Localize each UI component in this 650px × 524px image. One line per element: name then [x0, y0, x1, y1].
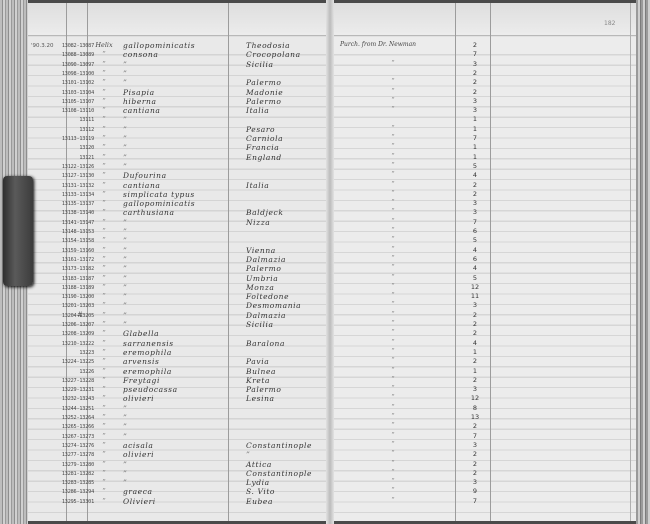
locality: Sicilia [246, 320, 274, 329]
genus: ” [93, 301, 115, 309]
species-name: Glabella [123, 329, 159, 338]
collector-source: ” [388, 199, 398, 206]
species-name: ” [123, 236, 127, 245]
locality: Theodosia [246, 41, 290, 50]
genus: ” [93, 404, 115, 412]
species-name: cantiana [123, 181, 161, 190]
genus: ” [93, 199, 115, 207]
register-numbers: 13121 [48, 155, 94, 161]
collector-source: ” [388, 190, 398, 197]
locality: Lydia [246, 478, 270, 487]
specimen-count: 1 [468, 125, 482, 133]
register-numbers: 13133-13134 [48, 192, 94, 198]
genus: ” [93, 283, 115, 291]
register-numbers: 13188-13189 [48, 285, 94, 291]
collector-source: ” [388, 78, 398, 85]
genus: ” [93, 88, 115, 96]
collector-source: ” [388, 460, 398, 467]
register-numbers: 13206-13207 [48, 322, 94, 328]
collector-source: Purch. from Dr. Newman [340, 41, 460, 48]
register-numbers: 13224-13225 [48, 359, 94, 365]
species-name: pseudocassa [123, 385, 178, 394]
species-name: Pisapia [123, 88, 155, 97]
species-name: ” [123, 246, 127, 255]
collector-source: ” [388, 497, 398, 504]
specimen-count: 3 [468, 441, 482, 449]
register-numbers: 13277-13278 [48, 452, 94, 458]
locality: S. Vito [246, 487, 275, 496]
specimen-count: 12 [468, 394, 482, 402]
species-name: ” [123, 301, 127, 310]
specimen-count: 2 [468, 41, 482, 49]
species-name: ” [123, 60, 127, 69]
species-name: olivieri [123, 450, 154, 459]
locality: Sicilia [246, 60, 274, 69]
genus: ” [93, 422, 115, 430]
genus: ” [93, 450, 115, 458]
specimen-count: 2 [468, 329, 482, 337]
register-numbers: 13120 [48, 145, 94, 151]
register-numbers: 13108-13110 [48, 108, 94, 114]
genus: ” [93, 264, 115, 272]
locality: Italia [246, 106, 269, 115]
collector-source: ” [388, 292, 398, 299]
register-numbers: 13103-13104 [48, 90, 94, 96]
species-name: cantiana [123, 106, 161, 115]
collector-source: ” [388, 143, 398, 150]
specimen-count: 2 [468, 320, 482, 328]
register-numbers: 13190-13200 [48, 294, 94, 300]
species-name: Olivieri [123, 497, 156, 506]
specimen-count: 7 [468, 134, 482, 142]
collector-source: ” [388, 422, 398, 429]
register-numbers: 13138-13140 [48, 210, 94, 216]
specimen-count: 13 [468, 413, 482, 421]
specimen-count: 11 [468, 292, 482, 300]
collector-source: ” [388, 487, 398, 494]
collector-source: ” [388, 376, 398, 383]
species-name: ” [123, 255, 127, 264]
collector-source: ” [388, 153, 398, 160]
specimen-count: 6 [468, 227, 482, 235]
species-name: sarranensis [123, 339, 174, 348]
ledger-book: 182 '90.3.2013082-13087Helixgallopominic… [0, 0, 650, 524]
genus: ” [93, 497, 115, 505]
specimen-count: 3 [468, 60, 482, 68]
locality: Baldjeck [246, 208, 284, 217]
register-numbers: 13161-13172 [48, 257, 94, 263]
species-name: ” [123, 264, 127, 273]
collector-source: ” [388, 320, 398, 327]
collector-source: ” [388, 432, 398, 439]
genus: ” [93, 246, 115, 254]
species-name: ” [123, 78, 127, 87]
genus: Helix [93, 41, 115, 49]
specimen-count: 2 [468, 311, 482, 319]
collector-source: ” [388, 441, 398, 448]
genus: ” [93, 487, 115, 495]
collector-source: ” [388, 329, 398, 336]
specimen-count: 4 [468, 264, 482, 272]
locality: Dalmazia [246, 255, 286, 264]
register-numbers: 13210-13222 [48, 341, 94, 347]
species-name: arvensis [123, 357, 159, 366]
register-numbers: 13112 [48, 127, 94, 133]
locality: Bulnea [246, 367, 276, 376]
register-numbers: 13088-13089 [48, 52, 94, 58]
register-numbers: 13105-13107 [48, 99, 94, 105]
collector-source: ” [388, 339, 398, 346]
species-name: ” [123, 218, 127, 227]
specimen-count: 1 [468, 115, 482, 123]
register-numbers: 13223 [48, 350, 94, 356]
species-name: ” [123, 292, 127, 301]
specimen-count: 2 [468, 450, 482, 458]
locality: Vienna [246, 246, 276, 255]
collector-source: ” [388, 311, 398, 318]
specimen-count: 3 [468, 385, 482, 393]
genus: ” [93, 236, 115, 244]
register-numbers: 13208-13209 [48, 331, 94, 337]
specimen-count: 4 [468, 171, 482, 179]
species-name: ” [123, 274, 127, 283]
collector-source: ” [388, 227, 398, 234]
specimen-count: 2 [468, 460, 482, 468]
locality: Palermo [246, 97, 281, 106]
genus: ” [93, 469, 115, 477]
specimen-count: 1 [468, 367, 482, 375]
register-row: 13295-13301”OlivieriEubea”7 [0, 497, 650, 507]
specimen-count: 2 [468, 69, 482, 77]
genus: ” [93, 106, 115, 114]
genus: ” [93, 339, 115, 347]
specimen-count: 2 [468, 469, 482, 477]
register-numbers: 13148-13153 [48, 229, 94, 235]
genus: ” [93, 413, 115, 421]
species-name: ” [123, 422, 127, 431]
genus: ” [93, 320, 115, 328]
genus: ” [93, 292, 115, 300]
species-name: Freytagi [123, 376, 160, 385]
specimen-count: 3 [468, 106, 482, 114]
specimen-count: 3 [468, 478, 482, 486]
collector-source: ” [388, 255, 398, 262]
specimen-count: 8 [468, 404, 482, 412]
locality: Palermo [246, 264, 281, 273]
collector-source: ” [388, 450, 398, 457]
genus: ” [93, 143, 115, 151]
collector-source: ” [388, 469, 398, 476]
register-numbers: 13267-13273 [48, 434, 94, 440]
genus: ” [93, 78, 115, 86]
species-name: gallopominicatis [123, 199, 195, 208]
collector-source: ” [388, 171, 398, 178]
specimen-count: 5 [468, 162, 482, 170]
register-numbers: 13279-13280 [48, 462, 94, 468]
register-numbers: 13226 [48, 369, 94, 375]
register-numbers: 13135-13137 [48, 201, 94, 207]
genus: ” [93, 329, 115, 337]
register-numbers: 13173-13182 [48, 266, 94, 272]
locality: Desmomania [246, 301, 301, 310]
specimen-count: 5 [468, 236, 482, 244]
locality: Constantinople [246, 469, 312, 478]
genus: ” [93, 208, 115, 216]
locality: Nizza [246, 218, 270, 227]
specimen-count: 7 [468, 50, 482, 58]
genus: ” [93, 134, 115, 142]
specimen-count: 2 [468, 376, 482, 384]
collector-source: ” [388, 413, 398, 420]
register-numbers: 13098-13100 [48, 71, 94, 77]
register-numbers: 13101-13102 [48, 80, 94, 86]
collector-source: ” [388, 274, 398, 281]
genus: ” [93, 50, 115, 58]
genus: ” [93, 385, 115, 393]
register-numbers: 13204-13205 [48, 313, 94, 319]
locality: Madonie [246, 88, 283, 97]
collector-source: ” [388, 60, 398, 67]
species-name: gallopominicatis [123, 41, 195, 50]
genus: ” [93, 125, 115, 133]
genus: ” [93, 97, 115, 105]
register-numbers: 13127-13130 [48, 173, 94, 179]
genus: ” [93, 218, 115, 226]
locality: Pavia [246, 357, 269, 366]
register-numbers: 13283-13285 [48, 480, 94, 486]
locality: Lesina [246, 394, 275, 403]
specimen-count: 7 [468, 218, 482, 226]
genus: ” [93, 394, 115, 402]
register-numbers: 13090-13097 [48, 62, 94, 68]
locality: Dalmazia [246, 311, 286, 320]
genus: ” [93, 227, 115, 235]
genus: ” [93, 60, 115, 68]
locality: Pesaro [246, 125, 275, 134]
specimen-count: 12 [468, 283, 482, 291]
locality: Baralona [246, 339, 285, 348]
species-name: carthusiana [123, 208, 175, 217]
locality: Kreta [246, 376, 270, 385]
collector-source: ” [388, 264, 398, 271]
specimen-count: 3 [468, 301, 482, 309]
genus: ” [93, 348, 115, 356]
register-numbers: 13201-13203 [48, 303, 94, 309]
collector-source: ” [388, 385, 398, 392]
register-numbers: 13295-13301 [48, 499, 94, 505]
specimen-count: 7 [468, 497, 482, 505]
genus: ” [93, 441, 115, 449]
genus: ” [93, 478, 115, 486]
genus: ” [93, 162, 115, 170]
collector-source: ” [388, 88, 398, 95]
specimen-count: 1 [468, 348, 482, 356]
locality: Palermo [246, 78, 281, 87]
genus: ” [93, 367, 115, 375]
species-name: ” [123, 134, 127, 143]
species-name: ” [123, 115, 127, 124]
species-name: ” [123, 478, 127, 487]
annotation-mark: # [77, 311, 83, 319]
locality: England [246, 153, 282, 162]
locality: Palermo [246, 385, 281, 394]
specimen-count: 2 [468, 422, 482, 430]
specimen-count: 7 [468, 432, 482, 440]
locality: Foltedone [246, 292, 289, 301]
collector-source: ” [388, 246, 398, 253]
locality: Monza [246, 283, 274, 292]
register-numbers: 13082-13087 [48, 43, 94, 49]
species-name: ” [123, 153, 127, 162]
locality: Francia [246, 143, 279, 152]
species-name: consona [123, 50, 158, 59]
species-name: ” [123, 460, 127, 469]
collector-source: ” [388, 181, 398, 188]
species-name: Dufourina [123, 171, 167, 180]
specimen-count: 4 [468, 246, 482, 254]
register-numbers: 13229-13231 [48, 387, 94, 393]
locality: Crocopolana [246, 50, 301, 59]
collector-source: ” [388, 394, 398, 401]
collector-source: ” [388, 404, 398, 411]
genus: ” [93, 376, 115, 384]
species-name: graeca [123, 487, 153, 496]
collector-source: ” [388, 236, 398, 243]
species-name: ” [123, 320, 127, 329]
species-name: simplicata typus [123, 190, 195, 199]
specimen-count: 5 [468, 274, 482, 282]
locality: ” [246, 450, 250, 459]
register-numbers: 13183-13187 [48, 276, 94, 282]
register-numbers: 13141-13147 [48, 220, 94, 226]
specimen-count: 2 [468, 181, 482, 189]
species-name: ” [123, 227, 127, 236]
register-numbers: 13131-13132 [48, 183, 94, 189]
collector-source: ” [388, 218, 398, 225]
specimen-count: 2 [468, 357, 482, 365]
register-numbers: 13286-13294 [48, 489, 94, 495]
species-name: ” [123, 469, 127, 478]
register-numbers: 13265-13266 [48, 424, 94, 430]
register-numbers: 13111 [48, 117, 94, 123]
species-name: ” [123, 311, 127, 320]
species-name: olivieri [123, 394, 154, 403]
genus: ” [93, 171, 115, 179]
locality: Italia [246, 181, 269, 190]
collector-source: ” [388, 283, 398, 290]
genus: ” [93, 255, 115, 263]
collector-source: ” [388, 125, 398, 132]
species-name: hiberna [123, 97, 157, 106]
specimen-count: 1 [468, 153, 482, 161]
specimen-count: 9 [468, 487, 482, 495]
locality: Carniola [246, 134, 283, 143]
species-name: ” [123, 69, 127, 78]
genus: ” [93, 153, 115, 161]
specimen-count: 1 [468, 143, 482, 151]
species-name: ” [123, 125, 127, 134]
genus: ” [93, 311, 115, 319]
collector-source: ” [388, 301, 398, 308]
specimen-count: 3 [468, 208, 482, 216]
specimen-count: 3 [468, 199, 482, 207]
collector-source: ” [388, 97, 398, 104]
collector-source: ” [388, 478, 398, 485]
genus: ” [93, 357, 115, 365]
specimen-count: 2 [468, 88, 482, 96]
locality: Constantinople [246, 441, 312, 450]
locality: Eubea [246, 497, 273, 506]
species-name: acisala [123, 441, 153, 450]
genus: ” [93, 181, 115, 189]
species-name: eremophila [123, 348, 172, 357]
collector-source: ” [388, 208, 398, 215]
species-name: ” [123, 432, 127, 441]
genus: ” [93, 69, 115, 77]
register-numbers: 13281-13282 [48, 471, 94, 477]
species-name: eremophila [123, 367, 172, 376]
register-numbers: 13244-13251 [48, 406, 94, 412]
collector-source: ” [388, 348, 398, 355]
species-name: ” [123, 413, 127, 422]
page-number: 182 [604, 20, 615, 27]
locality: Attica [246, 460, 272, 469]
register-numbers: 13227-13228 [48, 378, 94, 384]
collector-source: ” [388, 106, 398, 113]
collector-source: ” [388, 162, 398, 169]
register-numbers: 13274-13276 [48, 443, 94, 449]
register-numbers: 13159-13160 [48, 248, 94, 254]
collector-source: ” [388, 367, 398, 374]
register-numbers: 13113-13119 [48, 136, 94, 142]
specimen-count: 2 [468, 190, 482, 198]
species-name: ” [123, 404, 127, 413]
species-name: ” [123, 162, 127, 171]
locality: Umbria [246, 274, 278, 283]
register-numbers: 13252-13264 [48, 415, 94, 421]
register-numbers: 13232-13243 [48, 396, 94, 402]
specimen-count: 6 [468, 255, 482, 263]
specimen-count: 4 [468, 339, 482, 347]
specimen-count: 2 [468, 78, 482, 86]
genus: ” [93, 432, 115, 440]
genus: ” [93, 190, 115, 198]
specimen-count: 3 [468, 97, 482, 105]
species-name: ” [123, 283, 127, 292]
collector-source: ” [388, 134, 398, 141]
genus: ” [93, 115, 115, 123]
genus: ” [93, 274, 115, 282]
collector-source: ” [388, 357, 398, 364]
register-numbers: 13122-13126 [48, 164, 94, 170]
species-name: ” [123, 143, 127, 152]
register-numbers: 13154-13158 [48, 238, 94, 244]
genus: ” [93, 460, 115, 468]
